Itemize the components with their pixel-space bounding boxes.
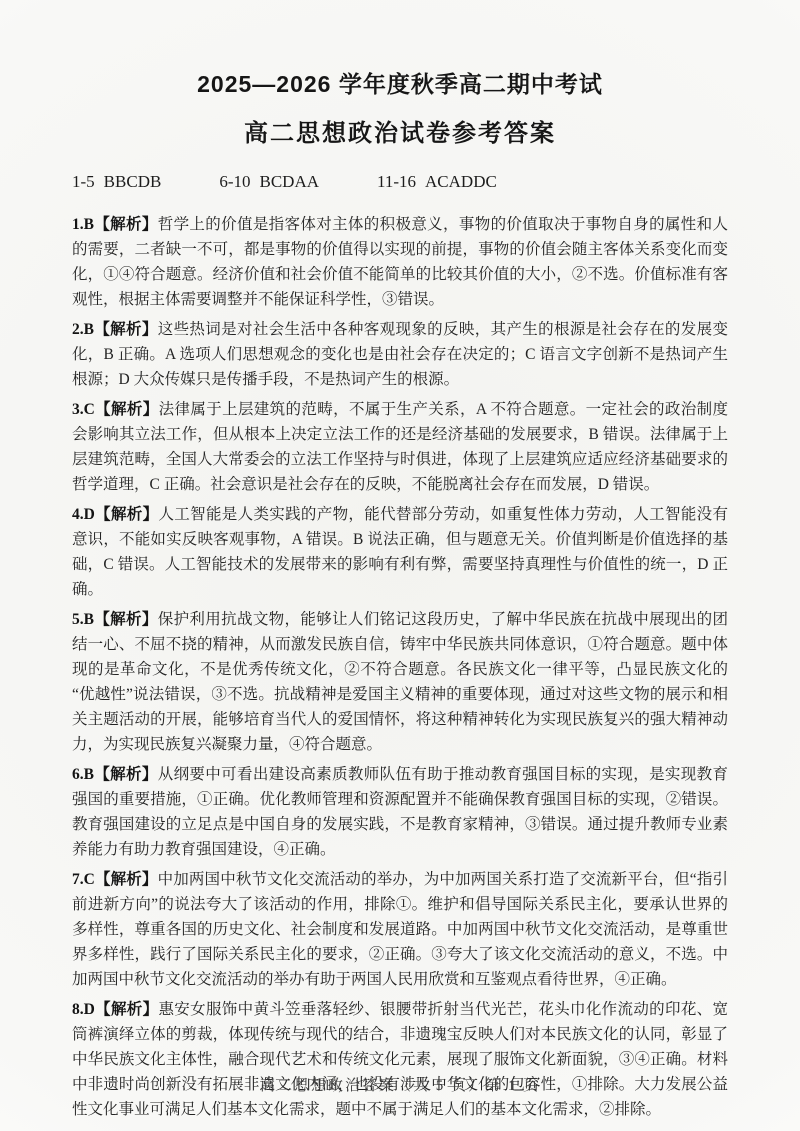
answer-letters: BBCDB bbox=[104, 172, 162, 191]
explanation-q6-label: 6.B【解析】 bbox=[72, 766, 158, 783]
answer-letters: BCDAA bbox=[259, 172, 319, 191]
answer-range: 6-10 bbox=[219, 172, 250, 191]
answer-key-row: 1-5BBCDB 6-10BCDAA 11-16ACADDC bbox=[72, 172, 728, 192]
page-title: 2025—2026 学年度秋季高二期中考试 bbox=[72, 66, 728, 99]
answer-group-11-16: 11-16ACADDC bbox=[377, 172, 497, 192]
answer-range: 1-5 bbox=[72, 172, 95, 191]
answer-group-6-10: 6-10BCDAA bbox=[219, 172, 319, 192]
explanation-q4-body: 人工智能是人类实践的产物，能代替部分劳动，如重复性体力劳动，人工智能没有意识，不… bbox=[72, 506, 728, 598]
answer-letters: ACADDC bbox=[425, 172, 497, 191]
explanation-q7: 7.C【解析】中加两国中秋节文化交流活动的举办，为中加两国关系打造了交流新平台，… bbox=[72, 867, 728, 992]
explanation-q5: 5.B【解析】保护利用抗战文物，能够让人们铭记这段历史，了解中华民族在抗战中展现… bbox=[72, 607, 728, 757]
exam-answer-page: 2025—2026 学年度秋季高二期中考试 高二思想政治试卷参考答案 1-5BB… bbox=[0, 0, 800, 1131]
explanation-q3-body: 法律属于上层建筑的范畴，不属于生产关系，A 不符合题意。一定社会的政治制度会影响… bbox=[72, 401, 728, 493]
explanation-q2: 2.B【解析】这些热词是对社会生活中各种客观现象的反映，其产生的根源是社会存在的… bbox=[72, 317, 728, 392]
explanation-q1: 1.B【解析】哲学上的价值是指客体对主体的积极意义，事物的价值取决于事物自身的属… bbox=[72, 212, 728, 312]
explanations-section: 1.B【解析】哲学上的价值是指客体对主体的积极意义，事物的价值取决于事物自身的属… bbox=[72, 212, 728, 1122]
page-footer: 高二思想政治答案（共 5 页）第 1 页 bbox=[0, 1074, 800, 1095]
answer-group-1-5: 1-5BBCDB bbox=[72, 172, 161, 192]
page-subtitle: 高二思想政治试卷参考答案 bbox=[72, 113, 728, 148]
explanation-q3-label: 3.C【解析】 bbox=[72, 401, 159, 418]
answer-range: 11-16 bbox=[377, 172, 416, 191]
explanation-q6-body: 从纲要中可看出建设高素质教师队伍有助于推动教育强国目标的实现，是实现教育强国的重… bbox=[72, 766, 728, 858]
explanation-q8-label: 8.D【解析】 bbox=[72, 1001, 158, 1018]
explanation-q5-body: 保护利用抗战文物，能够让人们铭记这段历史，了解中华民族在抗战中展现出的团结一心、… bbox=[72, 611, 728, 753]
explanation-q1-body: 哲学上的价值是指客体对主体的积极意义，事物的价值取决于事物自身的属性和人的需要，… bbox=[72, 216, 728, 308]
explanation-q4-label: 4.D【解析】 bbox=[72, 506, 158, 523]
explanation-q8: 8.D【解析】惠安女服饰中黄斗笠垂落轻纱、银腰带折射当代光芒，花头巾化作流动的印… bbox=[72, 997, 728, 1122]
explanation-q8-body: 惠安女服饰中黄斗笠垂落轻纱、银腰带折射当代光芒，花头巾化作流动的印花、宽筒裤演绎… bbox=[72, 1001, 728, 1118]
explanation-q1-label: 1.B【解析】 bbox=[72, 216, 158, 233]
explanation-q7-label: 7.C【解析】 bbox=[72, 871, 158, 888]
explanation-q2-body: 这些热词是对社会生活中各种客观现象的反映，其产生的根源是社会存在的发展变化，B … bbox=[72, 321, 728, 388]
explanation-q3: 3.C【解析】法律属于上层建筑的范畴，不属于生产关系，A 不符合题意。一定社会的… bbox=[72, 397, 728, 497]
explanation-q5-label: 5.B【解析】 bbox=[72, 611, 158, 628]
explanation-q7-body: 中加两国中秋节文化交流活动的举办，为中加两国关系打造了交流新平台，但“指引前进新… bbox=[72, 871, 728, 988]
explanation-q2-label: 2.B【解析】 bbox=[72, 321, 158, 338]
explanation-q4: 4.D【解析】人工智能是人类实践的产物，能代替部分劳动，如重复性体力劳动，人工智… bbox=[72, 502, 728, 602]
explanation-q6: 6.B【解析】从纲要中可看出建设高素质教师队伍有助于推动教育强国目标的实现，是实… bbox=[72, 762, 728, 862]
